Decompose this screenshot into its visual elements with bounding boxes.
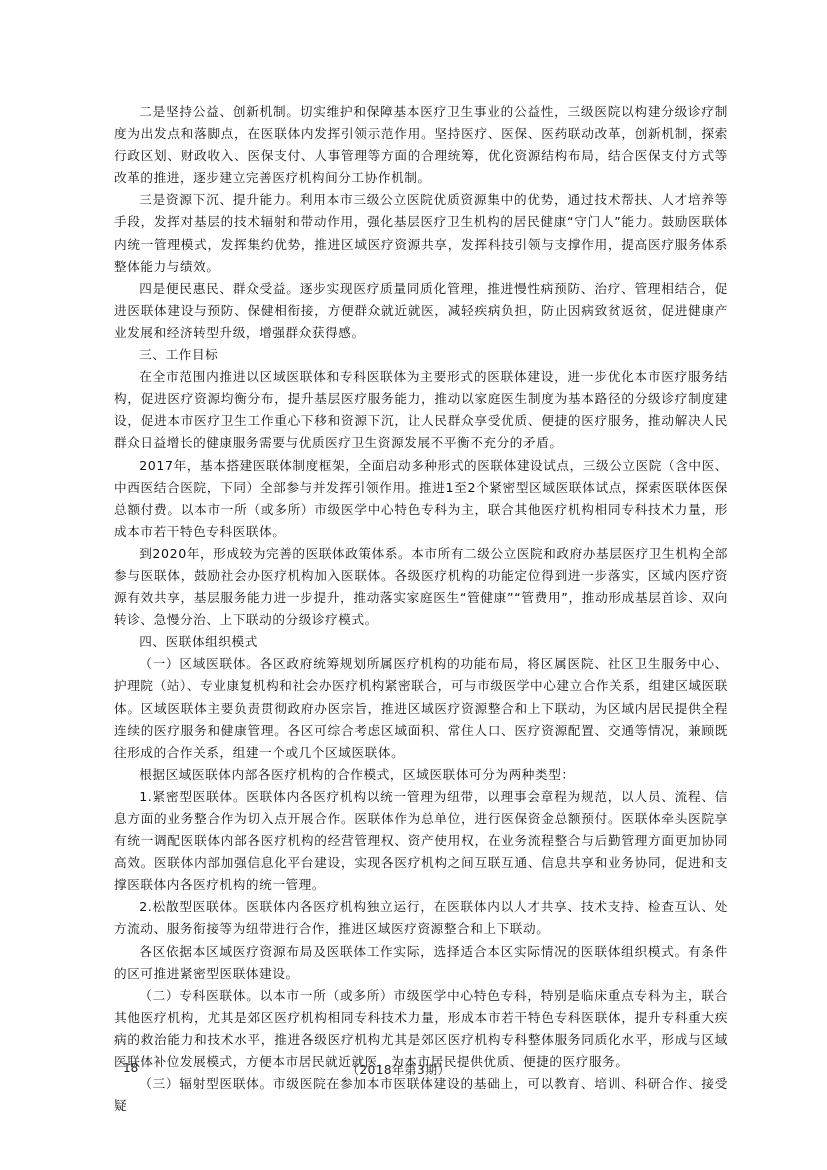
- paragraph-alliance-types-intro: 根据区域医联体内部各医疗机构的合作模式，区域医联体可分为两种类型：: [114, 764, 728, 786]
- document-body: 二是坚持公益、创新机制。切实维护和保障基本医疗卫生事业的公益性，三级医院以构建分…: [114, 101, 728, 1117]
- section-heading-organization: 四、医联体组织模式: [114, 631, 728, 653]
- issue-label: （2018年第3期）: [347, 1061, 450, 1078]
- paragraph-regional-alliance: （一）区域医联体。各区政府统筹规划所属医疗机构的功能布局，将区属医院、社区卫生服…: [114, 653, 728, 763]
- paragraph-district-choice: 各区依据本区域医疗资源布局及医联体工作实际，选择适合本区实际情况的医联体组织模式…: [114, 941, 728, 985]
- paragraph-tight-alliance: 1.紧密型医联体。医联体内各医疗机构以统一管理为纽带，以理事会章程为规范，以人员…: [114, 786, 728, 896]
- paragraph-loose-alliance: 2.松散型医联体。医联体内各医疗机构独立运行，在医联体内以人才共享、技术支持、检…: [114, 896, 728, 940]
- paragraph-goals-overview: 在全市范围内推进以区域医联体和专科医联体为主要形式的医联体建设，进一步优化本市医…: [114, 366, 728, 454]
- paragraph-goals-2020: 到2020年，形成较为完善的医联体政策体系。本市所有二级公立医院和政府办基层医疗…: [114, 543, 728, 631]
- paragraph-specialty-alliance: （二）专科医联体。以本市一所（或多所）市级医学中心特色专科，特别是临床重点专科为…: [114, 985, 728, 1073]
- paragraph-principle-3: 三是资源下沉、提升能力。利用本市三级公立医院优质资源集中的优势，通过技术帮扶、人…: [114, 189, 728, 277]
- page-footer: 18 （2018年第3期）: [115, 1061, 729, 1081]
- paragraph-goals-2017: 2017年，基本搭建医联体制度框架，全面启动多种形式的医联体建设试点，三级公立医…: [114, 455, 728, 543]
- paragraph-principle-4: 四是便民惠民、群众受益。逐步实现医疗质量同质化管理，推进慢性病预防、治疗、管理相…: [114, 278, 728, 344]
- paragraph-principle-2: 二是坚持公益、创新机制。切实维护和保障基本医疗卫生事业的公益性，三级医院以构建分…: [114, 101, 728, 189]
- page-number: 18: [123, 1061, 138, 1075]
- section-heading-goals: 三、工作目标: [114, 344, 728, 366]
